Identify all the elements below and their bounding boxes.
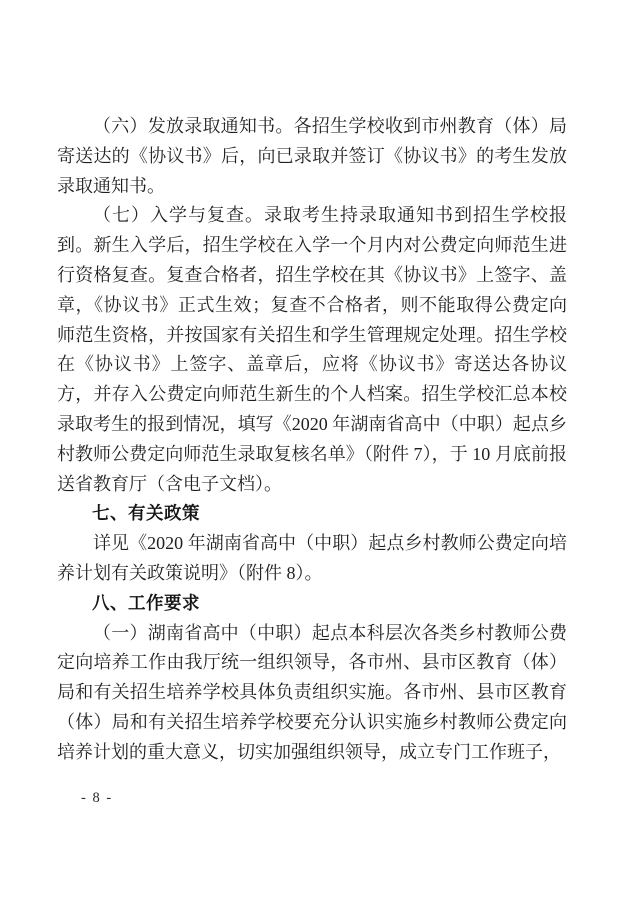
- paragraph-policy-reference: 详见《2020 年湖南省高中（中职）起点乡村教师公费定向培养计划有关政策说明》（…: [57, 529, 567, 589]
- paragraph-item-6-issue-admission-letters: （六）发放录取通知书。各招生学校收到市州教育（体）局寄送达的《协议书》后，向已录…: [57, 112, 567, 201]
- document-body: （六）发放录取通知书。各招生学校收到市州教育（体）局寄送达的《协议书》后，向已录…: [57, 112, 567, 768]
- page-number: - 8 -: [81, 790, 113, 807]
- paragraph-item-7-enrollment-and-recheck: （七）入学与复查。录取考生持录取通知书到招生学校报到。新生入学后，招生学校在入学…: [57, 201, 567, 499]
- section-heading-work-requirements: 八、工作要求: [57, 589, 567, 619]
- paragraph-work-requirement-1: （一）湖南省高中（中职）起点本科层次各类乡村教师公费定向培养工作由我厅统一组织领…: [57, 619, 567, 768]
- section-heading-related-policies: 七、有关政策: [57, 499, 567, 529]
- document-page: （六）发放录取通知书。各招生学校收到市州教育（体）局寄送达的《协议书》后，向已录…: [0, 0, 635, 898]
